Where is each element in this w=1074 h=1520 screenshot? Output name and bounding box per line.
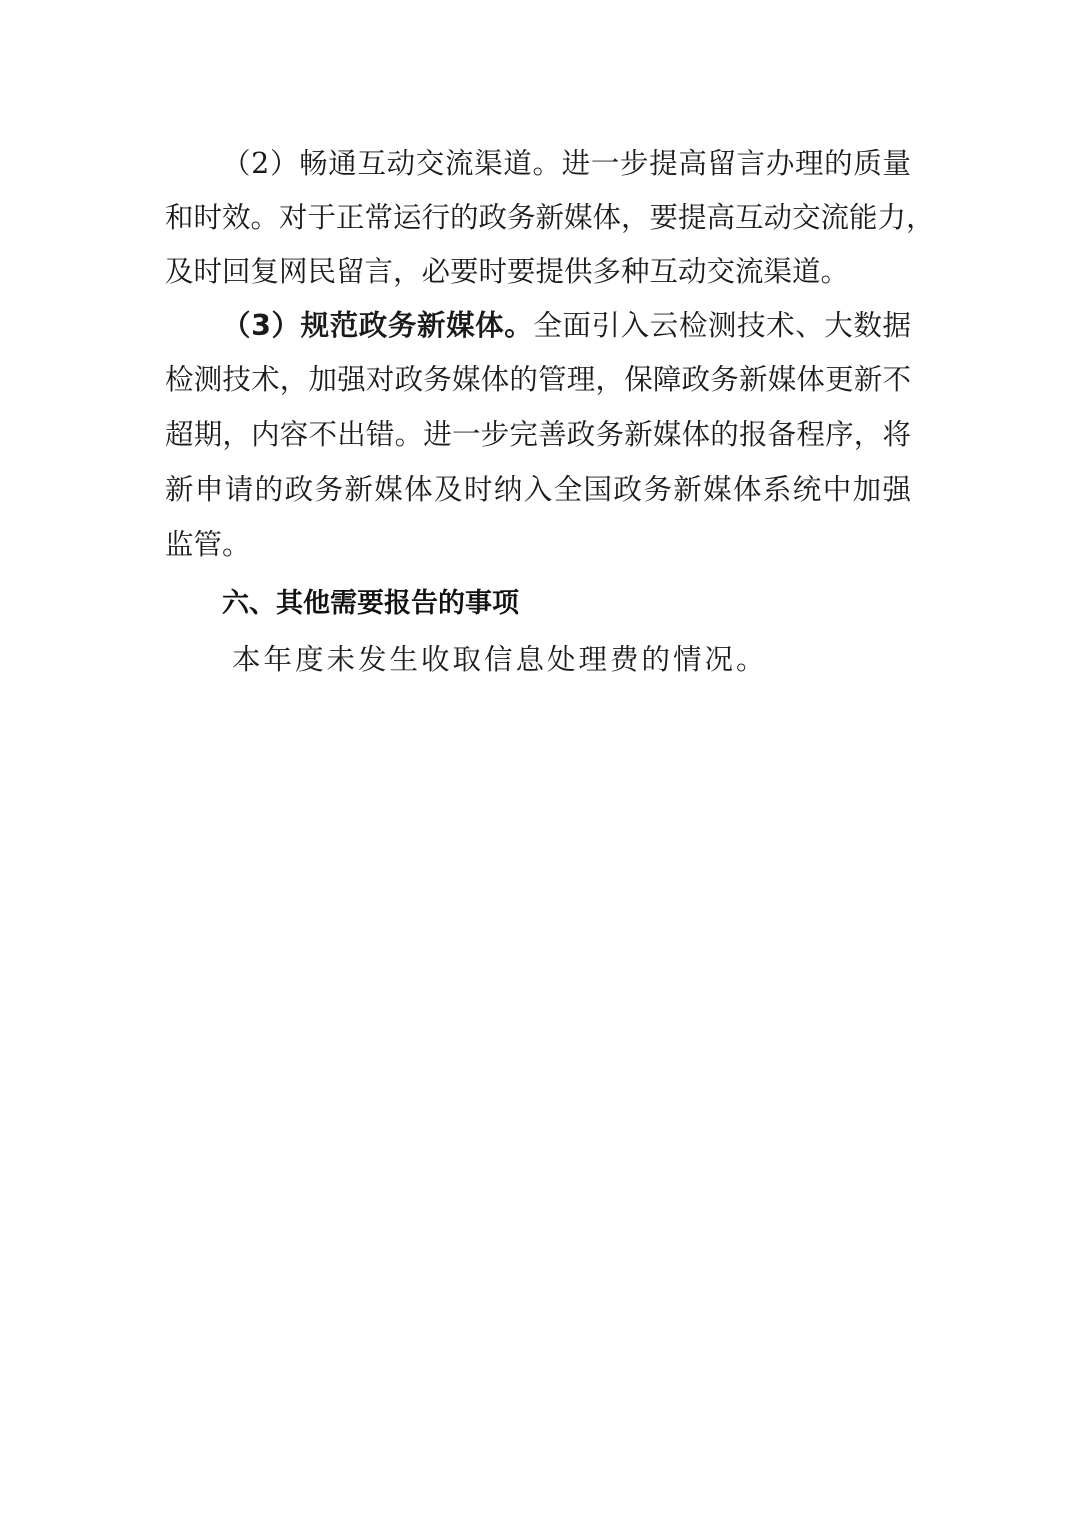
paragraph-item-3-line-1: （3）规范政务新媒体。全面引入云检测技术、大数据: [222, 306, 911, 346]
paragraph-item-2-line-3: 及时回复网民留言，必要时要提供多种互动交流渠道。: [165, 252, 911, 292]
paragraph-item-3-line-4: 新申请的政务新媒体及时纳入全国政务新媒体系统中加强: [165, 470, 911, 510]
section-6-body: 本年度未发生收取信息处理费的情况。: [232, 640, 752, 680]
paragraph-item-2-line-1: （2）畅通互动交流渠道。进一步提高留言办理的质量: [222, 144, 911, 184]
paragraph-item-3-line-5: 监管。: [165, 525, 911, 565]
paragraph-item-3-lead: （3）规范政务新媒体。: [222, 309, 533, 342]
paragraph-item-3-line-1-rest: 全面引入云检测技术、大数据: [533, 309, 911, 342]
paragraph-item-3-line-2: 检测技术，加强对政务媒体的管理，保障政务新媒体更新不: [165, 360, 911, 400]
document-page: （2）畅通互动交流渠道。进一步提高留言办理的质量 和时效。对于正常运行的政务新媒…: [0, 0, 1074, 1520]
paragraph-item-2-line-2: 和时效。对于正常运行的政务新媒体，要提高互动交流能力，: [165, 198, 911, 238]
section-heading-6: 六、其他需要报告的事项: [222, 584, 622, 624]
paragraph-item-3-line-3: 超期，内容不出错。进一步完善政务新媒体的报备程序，将: [165, 415, 911, 455]
